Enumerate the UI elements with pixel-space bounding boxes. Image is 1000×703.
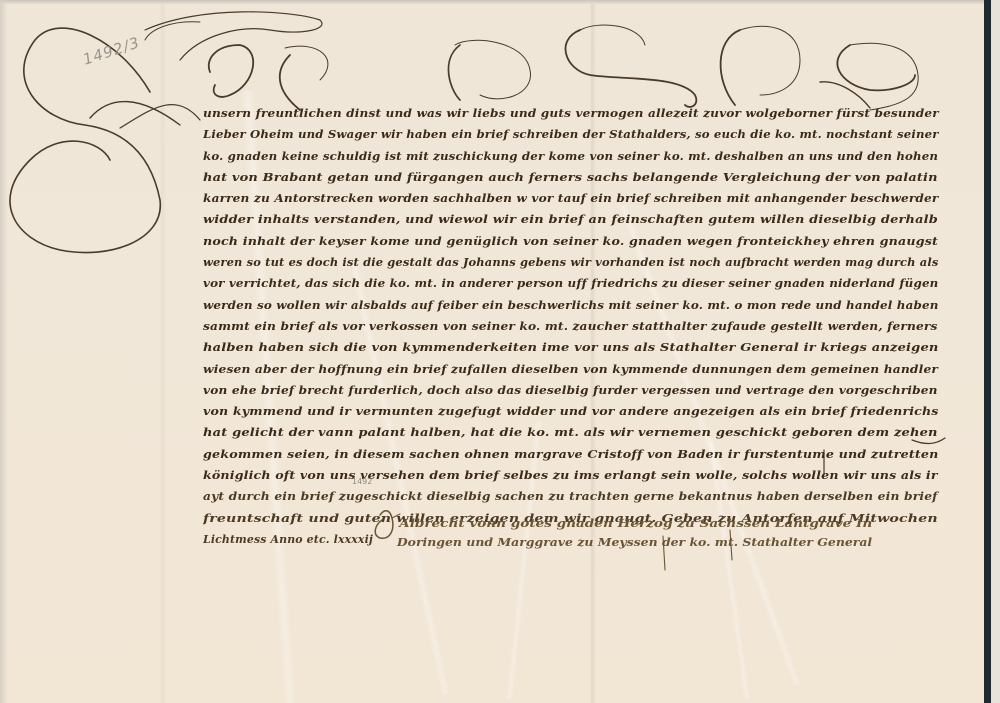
letter-line: wiesen aber der hoffnung ein brief zufal… [203,359,996,380]
letter-line: ayt durch ein brief zugeschickt dieselbi… [203,486,999,507]
scan-margin [991,0,1000,703]
letter-body: unsern freuntlichen dinst und was wir li… [203,103,948,550]
date-pencil-note: 1492 [352,477,372,486]
signature-line: Albrecht vonn gotes gnaden Herzog zu Sac… [372,514,1000,533]
manuscript-page: 1492/3 unsern freuntlichen dinst und was… [0,0,986,703]
signature-block: Albrecht vonn gotes gnaden Herzog zu Sac… [372,514,892,552]
letter-line: sammt ein brief als vor verkossen von se… [203,316,992,337]
letter-line: noch inhalt der keyser kome und genüglic… [203,231,1000,252]
letter-line: widder inhalts verstanden, und wiewol wi… [203,209,1000,230]
letter-line: königlich oft von uns versehen dem brief… [203,465,1000,486]
letter-line: von ehe brief brecht furderlich, doch al… [203,380,990,401]
letter-line: gekommen seien, in diesem sachen ohnen m… [203,444,1000,465]
letter-line: hat von Brabant getan und fürgangen auch… [203,167,1000,188]
letter-line: von kymmend und ir vermunten zugefugt wi… [203,401,1000,422]
scan-border-strip [984,0,991,703]
letter-line: ko. gnaden keine schuldig ist mit zuschi… [203,146,967,167]
letter-line: vor verrichtet, das sich die ko. mt. in … [203,273,973,294]
letter-line: halben haben sich die von kymmenderkeite… [203,337,1000,358]
letter-line: hat gelicht der vann palant halben, hat … [203,422,1000,443]
letter-line: unsern freuntlichen dinst und was wir li… [203,103,987,124]
signature-line: Doringen und Marggrave zu Meyssen der ko… [372,533,960,552]
letter-line: Lieber Oheim und Swager wir haben ein br… [203,124,961,145]
letter-line: werden so wollen wir alsbalds auf feiber… [203,295,976,316]
letter-line: karren zu Antorstrecken worden sachhalbe… [203,188,989,209]
letter-line: weren so tut es doch ist die gestalt das… [203,252,944,273]
